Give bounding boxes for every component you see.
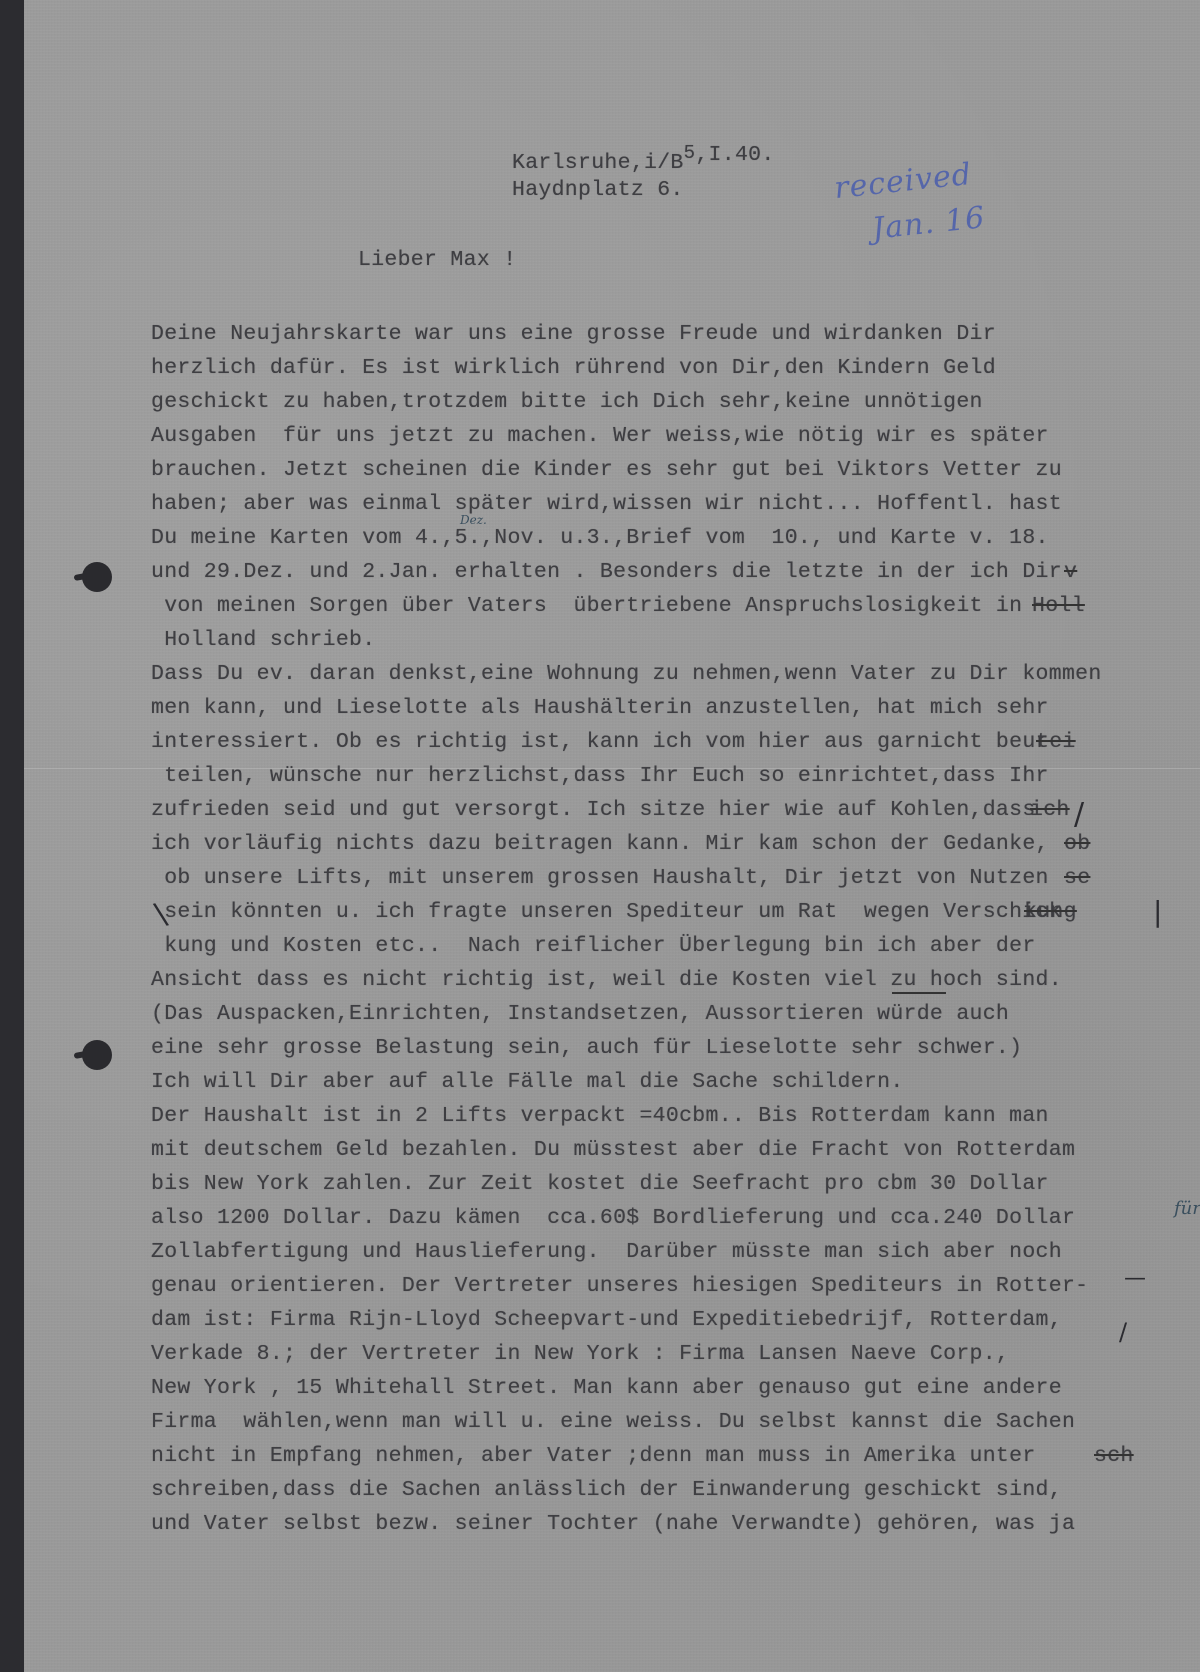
body-line: Der Haushalt ist in 2 Lifts verpackt =40… [151,1106,1049,1128]
body-line: also 1200 Dollar. Dazu kämen cca.60$ Bor… [151,1208,1075,1230]
struck-text: Holl [1032,596,1085,618]
body-line: mit deutschem Geld bezahlen. Du müsstest… [151,1140,1075,1162]
received-annotation: received [833,157,974,206]
body-line: teilen, wünsche nur herzlichst,dass Ihr … [151,766,1049,788]
scanned-document: Karlsruhe,i/B5,I.40. Haydnplatz 6. recei… [0,0,1200,1672]
struck-text: sch [1094,1446,1134,1468]
correction-stroke-icon: — [1124,1268,1146,1290]
struck-text: kung [1024,902,1077,924]
body-line: zufrieden seid und gut versorgt. Ich sit… [151,800,1036,822]
struck-text: v [1064,562,1077,584]
body-line: ich vorläufig nichts dazu beitragen kann… [151,834,1049,856]
body-line: eine sehr grosse Belastung sein, auch fü… [151,1038,1022,1060]
body-line: Ich will Dir aber auf alle Fälle mal die… [151,1072,904,1094]
body-line: Ansicht dass es nicht richtig ist, weil … [151,970,1062,992]
struck-text: ich [1030,800,1070,822]
salutation: Lieber Max ! [358,250,516,272]
letter-page: Karlsruhe,i/B5,I.40. Haydnplatz 6. recei… [24,0,1200,1672]
correction-stroke-icon: | [1153,898,1162,926]
date-day: 5 [684,142,696,164]
margin-note-dez: Dez. [460,514,487,526]
place-text: Karlsruhe,i/B [512,151,684,175]
body-line: kung und Kosten etc.. Nach reiflicher Üb… [151,936,1036,958]
body-line: Du meine Karten vom 4.,5.,Nov. u.3.,Brie… [151,528,1049,550]
body-line: dam ist: Firma Rijn-Lloyd Scheepvart-und… [151,1310,1062,1332]
body-line: Zollabfertigung und Hauslieferung. Darüb… [151,1242,1062,1264]
punch-hole-icon [82,562,112,592]
body-line: nicht in Empfang nehmen, aber Vater ;den… [151,1446,1036,1468]
body-line: New York , 15 Whitehall Street. Man kann… [151,1378,1062,1400]
body-line: schreiben,dass die Sachen anlässlich der… [151,1480,1062,1502]
body-line: brauchen. Jetzt scheinen die Kinder es s… [151,460,1062,482]
body-line: (Das Auspacken,Einrichten, Instandsetzen… [151,1004,1009,1026]
body-line: Verkade 8.; der Vertreter in New York : … [151,1344,1009,1366]
body-line: geschickt zu haben,trotzdem bitte ich Di… [151,392,983,414]
struck-text: ob [1064,834,1090,856]
body-line: von meinen Sorgen über Vaters übertriebe… [151,596,1022,618]
body-line: Ausgaben für uns jetzt zu machen. Wer we… [151,426,1049,448]
date-rest: ,I.40. [695,143,774,167]
letter-place: Karlsruhe,i/B5,I.40. [512,153,775,175]
body-line: herzlich dafür. Es ist wirklich rührend … [151,358,996,380]
body-line: Deine Neujahrskarte war uns eine grosse … [151,324,996,346]
letter-address: Haydnplatz 6. [512,180,684,202]
body-line: bis New York zahlen. Zur Zeit kostet die… [151,1174,1049,1196]
struck-text: se [1064,868,1090,890]
received-date-annotation: Jan. 16 [870,200,987,247]
body-line: und Vater selbst bezw. seiner Tochter (n… [151,1514,1075,1536]
underline-viel [892,992,946,994]
margin-note-fuer: für [1174,1200,1200,1218]
body-line: sein könnten u. ich fragte unseren Spedi… [151,902,1062,924]
body-line: Firma wählen,wenn man will u. eine weiss… [151,1412,1075,1434]
correction-stroke-icon: / [1074,800,1084,830]
body-line: und 29.Dez. und 2.Jan. erhalten . Besond… [151,562,1062,584]
body-line: men kann, und Lieselotte als Haushälteri… [151,698,1049,720]
body-line: Holland schrieb. [151,630,375,652]
body-line: haben; aber was einmal später wird,wisse… [151,494,1062,516]
correction-stroke-icon: / [1119,1320,1127,1344]
body-line: interessiert. Ob es richtig ist, kann ic… [151,732,1049,754]
body-line: Dass Du ev. daran denkst,eine Wohnung zu… [151,664,1102,686]
punch-hole-icon [82,1040,112,1070]
body-line: ob unsere Lifts, mit unserem grossen Hau… [151,868,1049,890]
body-line: genau orientieren. Der Vertreter unseres… [151,1276,1088,1298]
struck-text: tei [1036,732,1076,754]
